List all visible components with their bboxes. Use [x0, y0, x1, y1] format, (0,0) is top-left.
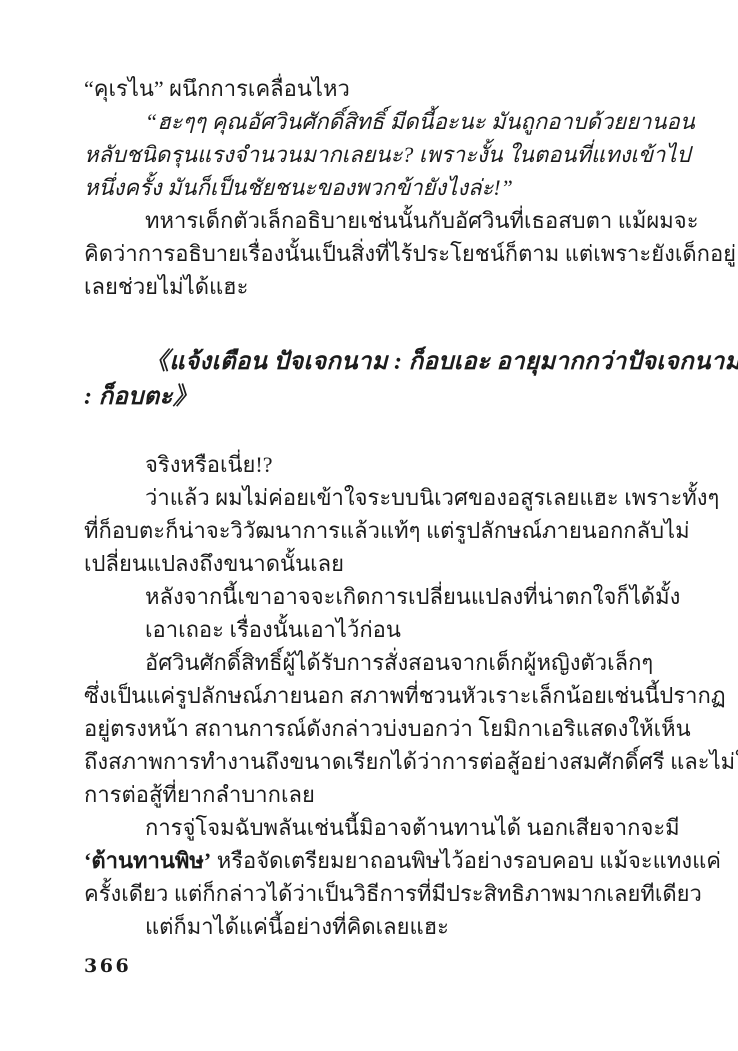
- text-line: อยู่ตรงหน้า สถานการณ์ดังกล่าวบ่งบอกว่า โ…: [84, 712, 676, 745]
- paragraph-narration: ทหารเด็กตัวเล็กอธิบายเช่นนั้นกับอัศวินที…: [84, 204, 676, 303]
- book-page: “คุเรไน” ผนึกการเคลื่อนไหว “ฮะๆๆ คุณอัศว…: [0, 0, 738, 1051]
- text-line: ซึ่งเป็นแค่รูปลักษณ์ภายนอก สภาพที่ชวนหัว…: [84, 679, 676, 712]
- system-notice-line: 《แจ้งเตือน ปัจเจกนาม : ก็อบเอะ อายุมากกว…: [84, 345, 676, 380]
- text-line: ถึงสภาพการทำงานถึงขนาดเรียกได้ว่าการต่อส…: [84, 745, 676, 778]
- text-line: ครั้งเดียว แต่ก็กล่าวได้ว่าเป็นวิธีการที…: [84, 877, 676, 910]
- paragraph-narration: เอาเถอะ เรื่องนั้นเอาไว้ก่อน: [84, 613, 676, 646]
- system-notice-block: 《แจ้งเตือน ปัจเจกนาม : ก็อบเอะ อายุมากกว…: [84, 345, 676, 415]
- paragraph-narration: แต่ก็มาได้แค่นี้อย่างที่คิดเลยแฮะ: [84, 910, 676, 943]
- text-line: ทหารเด็กตัวเล็กอธิบายเช่นนั้นกับอัศวินที…: [84, 204, 676, 237]
- paragraph-narration: จริงหรือเนี่ย!?: [84, 448, 676, 481]
- text-line-rest: หรือจัดเตรียมยาถอนพิษไว้อย่างรอบคอบ แม้จ…: [211, 848, 721, 873]
- text-line: การต่อสู้ที่ยากลำบากเลย: [84, 778, 676, 811]
- page-body: “คุเรไน” ผนึกการเคลื่อนไหว “ฮะๆๆ คุณอัศว…: [84, 72, 676, 943]
- text-line: เลยช่วยไม่ได้แฮะ: [84, 270, 676, 303]
- text-line: ที่ก็อบตะก็น่าจะวิวัฒนาการแล้วแท้ๆ แต่รู…: [84, 514, 676, 547]
- text-line: คิดว่าการอธิบายเรื่องนั้นเป็นสิ่งที่ไร้ป…: [84, 237, 676, 270]
- text-line: อัศวินศักดิ์สิทธิ์ผู้ได้รับการสั่งสอนจาก…: [84, 646, 676, 679]
- system-notice-line: : ก็อบตะ》: [84, 380, 676, 415]
- paragraph-narration: ว่าแล้ว ผมไม่ค่อยเข้าใจระบบนิเวศของอสูรเ…: [84, 481, 676, 580]
- text-line: “คุเรไน” ผนึกการเคลื่อนไหว: [84, 72, 676, 105]
- text-line: หลังจากนี้เขาอาจจะเกิดการเปลี่ยนแปลงที่น…: [84, 580, 676, 613]
- text-line: “ฮะๆๆ คุณอัศวินศักดิ์สิทธิ์ มีดนี้อะนะ ม…: [84, 105, 676, 138]
- text-line: จริงหรือเนี่ย!?: [84, 448, 676, 481]
- paragraph-narration: หลังจากนี้เขาอาจจะเกิดการเปลี่ยนแปลงที่น…: [84, 580, 676, 613]
- text-line: เอาเถอะ เรื่องนั้นเอาไว้ก่อน: [84, 613, 676, 646]
- text-line: หนึ่งครั้ง มันก็เป็นชัยชนะของพวกข้ายังไง…: [84, 171, 676, 204]
- text-line: เปลี่ยนแปลงถึงขนาดนั้นเลย: [84, 547, 676, 580]
- paragraph-narration: “คุเรไน” ผนึกการเคลื่อนไหว: [84, 72, 676, 105]
- paragraph-narration: อัศวินศักดิ์สิทธิ์ผู้ได้รับการสั่งสอนจาก…: [84, 646, 676, 811]
- page-number: 366: [84, 955, 131, 977]
- text-line: ว่าแล้ว ผมไม่ค่อยเข้าใจระบบนิเวศของอสูรเ…: [84, 481, 676, 514]
- skill-name-bold: ‘ต้านทานพิษ’: [84, 848, 211, 873]
- text-line: การจู่โจมฉับพลันเช่นนี้มิอาจต้านทานได้ น…: [84, 811, 676, 844]
- text-line: หลับชนิดรุนแรงจำนวนมากเลยนะ? เพราะงั้น ใ…: [84, 138, 676, 171]
- paragraph-dialogue: “ฮะๆๆ คุณอัศวินศักดิ์สิทธิ์ มีดนี้อะนะ ม…: [84, 105, 676, 204]
- text-line: แต่ก็มาได้แค่นี้อย่างที่คิดเลยแฮะ: [84, 910, 676, 943]
- paragraph-narration: การจู่โจมฉับพลันเช่นนี้มิอาจต้านทานได้ น…: [84, 811, 676, 910]
- text-line: ‘ต้านทานพิษ’ หรือจัดเตรียมยาถอนพิษไว้อย่…: [84, 844, 676, 877]
